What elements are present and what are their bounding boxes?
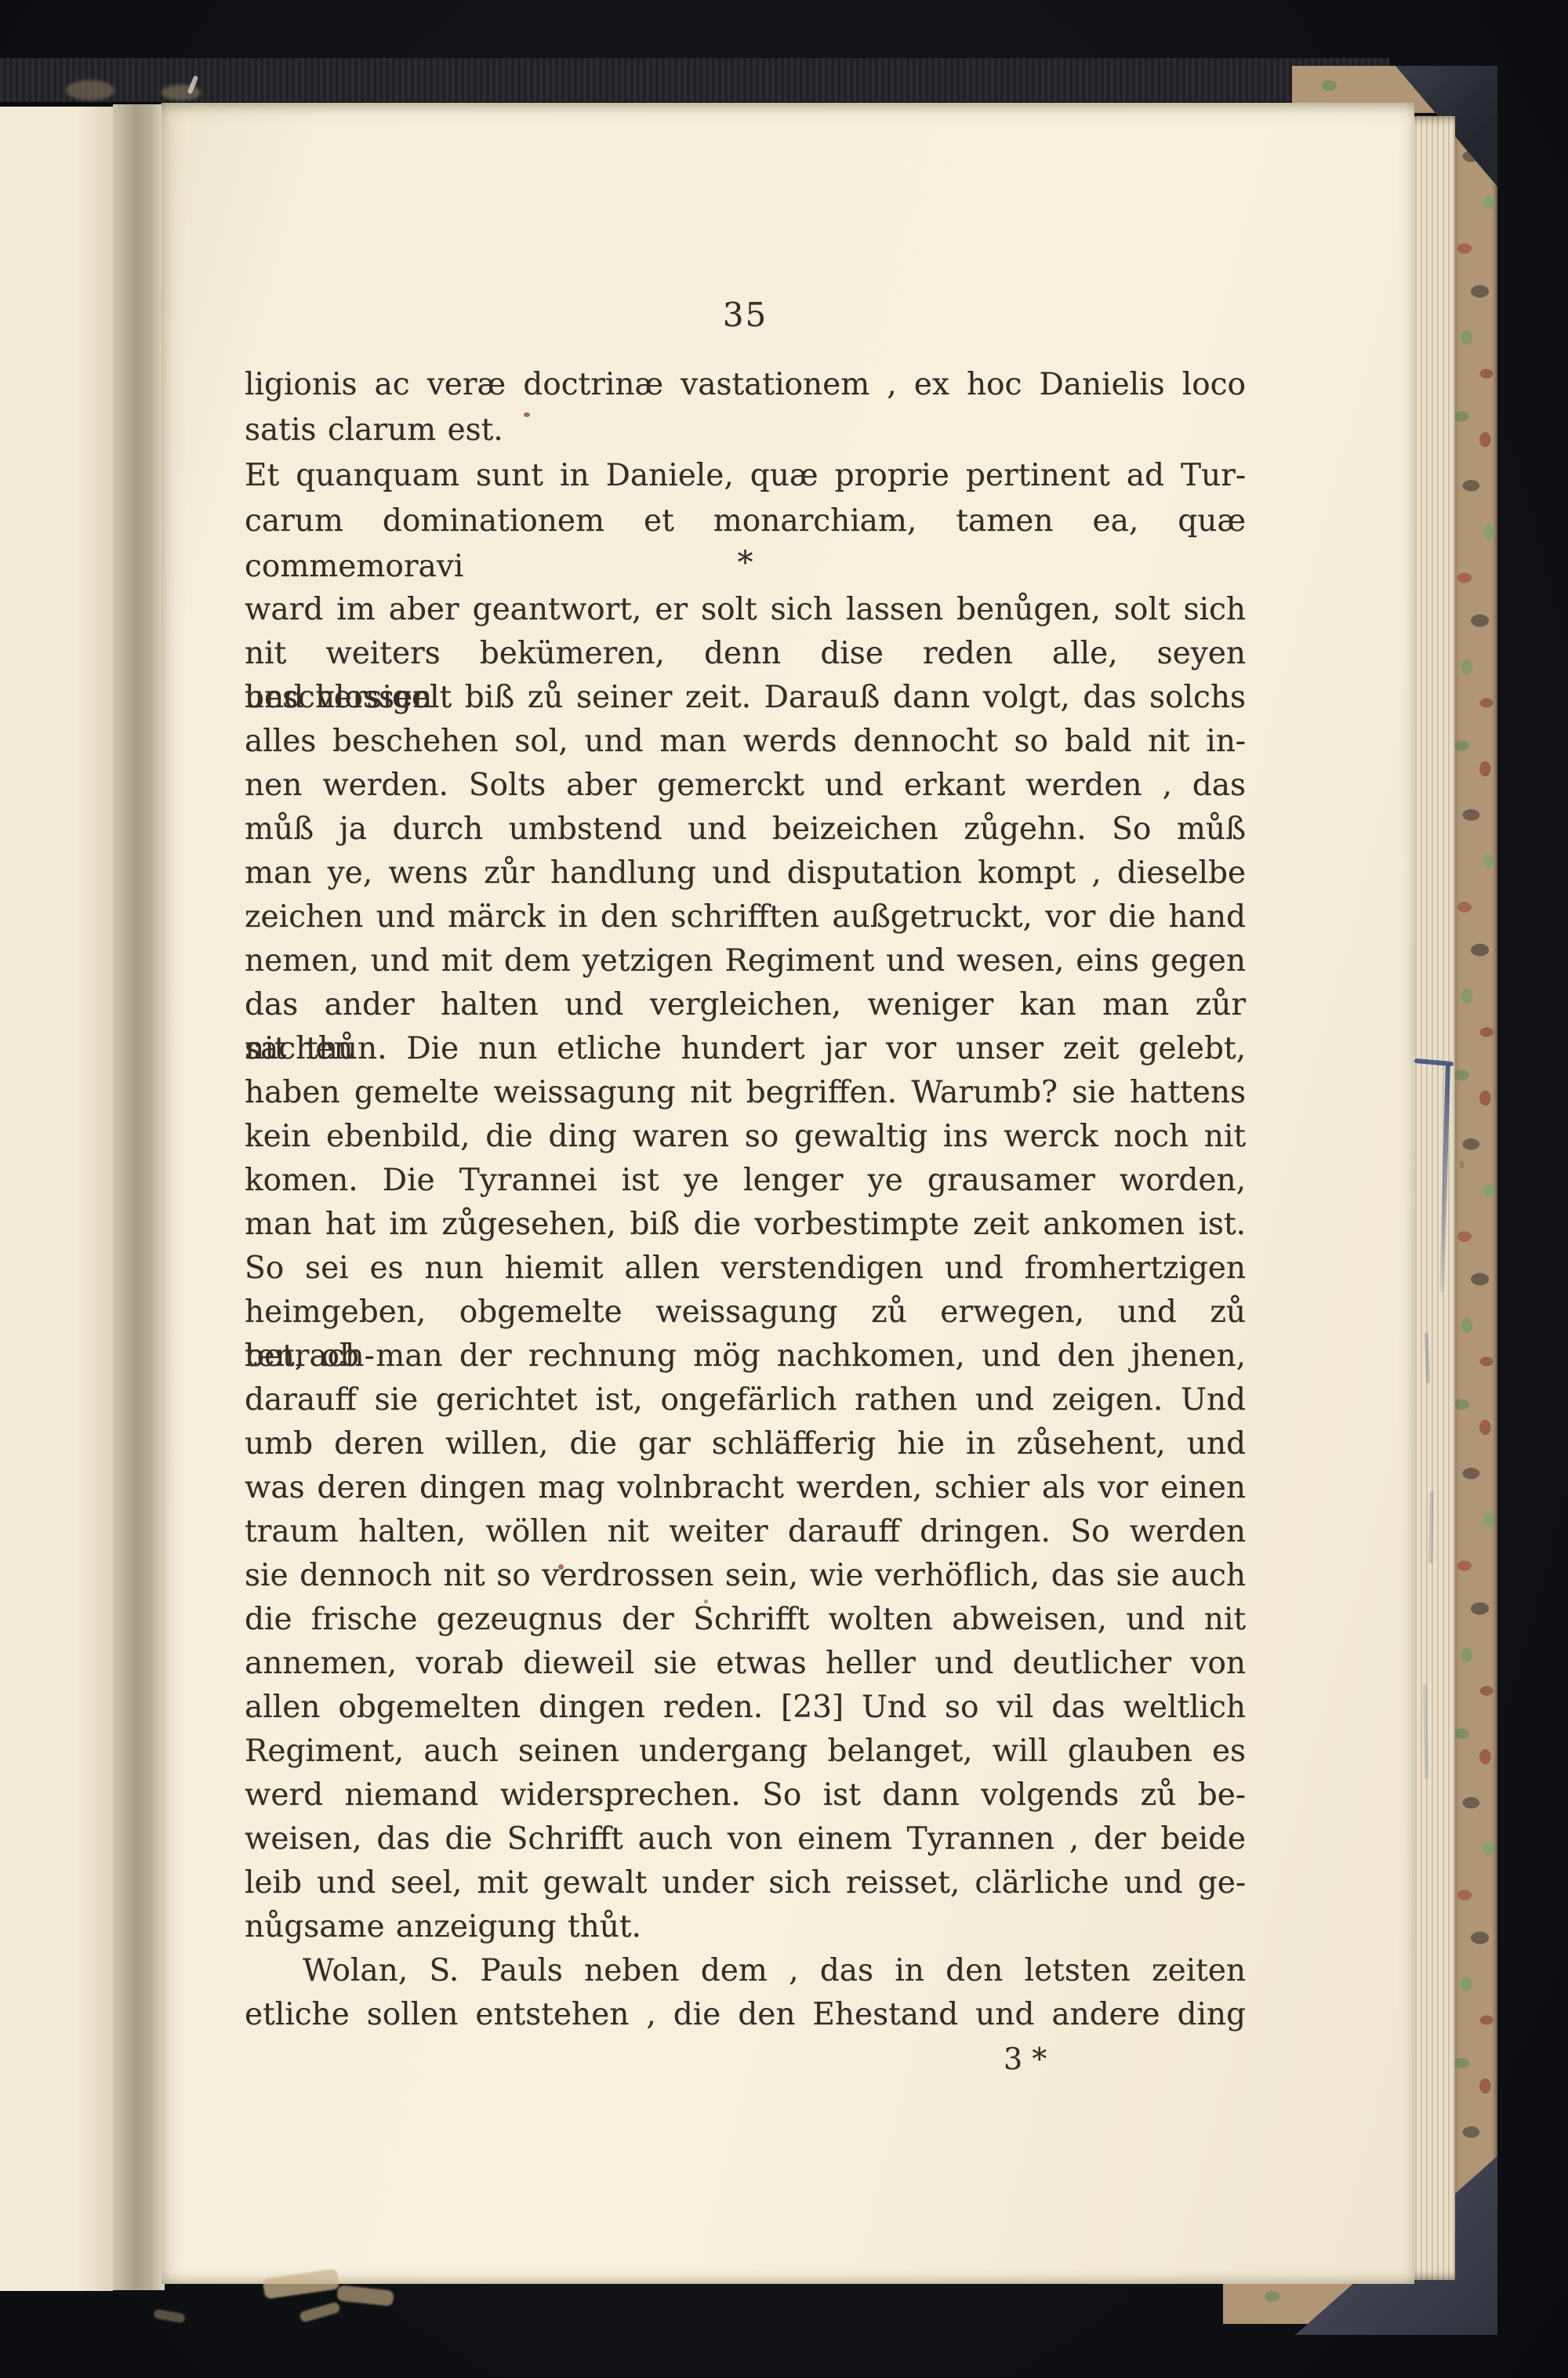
text-line: ward im aber geantwort, er solt sich las… (245, 588, 1246, 632)
german-text: ward im aber geantwort, er solt sich las… (245, 588, 1246, 2037)
paper-speck (558, 1564, 564, 1570)
frayed-thread (336, 2285, 394, 2306)
gutter-shadow (113, 104, 165, 2290)
text-line: kein ebenbild, die ding waren so gewalti… (245, 1115, 1246, 1159)
book-scan: 35 ligionis ac veræ doctrinæ vastationem… (0, 0, 1568, 2378)
text-line: man ye, wens zůr handlung und disputatio… (245, 851, 1246, 895)
text-line: etliche sollen entstehen , die den Ehest… (245, 1993, 1246, 2037)
binding-cloth-edge (0, 58, 1389, 105)
text-line: ten, ob man der rechnung mög nachkomen, … (245, 1334, 1246, 1378)
text-line: das ander halten und vergleichen, wenige… (245, 983, 1246, 1027)
text-line: So sei es nun hiemit allen verstendigen … (245, 1247, 1246, 1291)
text-line: Regiment, auch seinen undergang belanget… (245, 1730, 1246, 1774)
text-line: nit thůn. Die nun etliche hundert jar vo… (245, 1027, 1246, 1071)
text-line: allen obgemelten dingen reden. [23] Und … (245, 1686, 1246, 1730)
text-line: alles beschehen sol, und man werds denno… (245, 720, 1246, 764)
text-line: weisen, das die Schrifft auch von einem … (245, 1817, 1246, 1861)
text-line: nen werden. Solts aber gemerckt und erka… (245, 764, 1246, 808)
facing-page-edge (0, 107, 113, 2291)
paper-speck (704, 1599, 708, 1603)
frayed-thread (299, 2301, 341, 2323)
text-line: annemen, vorab dieweil sie etwas heller … (245, 1642, 1246, 1686)
cover-marbled-edge (1454, 67, 1497, 2319)
text-line: man hat im zůgesehen, biß die vorbestimp… (245, 1203, 1246, 1247)
text-line: nit weiters bekümeren, denn dise reden a… (245, 632, 1246, 676)
text-line: und versigelt biß zů seiner zeit. Darauß… (245, 676, 1246, 720)
text-line: ligionis ac veræ doctrinæ vastationem , … (245, 362, 1246, 408)
text-line: haben gemelte weissagung nit begriffen. … (245, 1071, 1246, 1115)
frayed-thread (153, 2309, 185, 2324)
text-line: Wolan, S. Pauls neben dem , das in den l… (245, 1949, 1246, 1993)
text-line: nůgsame anzeigung thůt. (245, 1905, 1246, 1949)
text-line: Et quanquam sunt in Daniele, quæ proprie… (245, 453, 1246, 499)
text-line: nemen, und mit dem yetzigen Regiment und… (245, 939, 1246, 983)
text-block: 35 ligionis ac veræ doctrinæ vastationem… (245, 296, 1246, 2081)
paper-speck (1460, 1161, 1464, 1168)
text-line: leib und seel, mit gewalt under sich rei… (245, 1861, 1246, 1905)
text-line: zeichen und märck in den schrifften außg… (245, 895, 1246, 939)
text-line: werd niemand widersprechen. So ist dann … (245, 1774, 1246, 1817)
text-line: komen. Die Tyrannei ist ye lenger ye gra… (245, 1159, 1246, 1203)
cloth-fray (66, 80, 114, 100)
page-number: 35 (245, 296, 1246, 334)
paper-speck (524, 412, 530, 417)
page-fore-edge (1411, 116, 1455, 2280)
latin-text: ligionis ac veræ doctrinæ vastationem , … (245, 362, 1246, 544)
text-line: die frische gezeugnus der Schrifft wolte… (245, 1598, 1246, 1642)
text-line: carum dominationem et monarchiam, tamen … (245, 499, 1246, 544)
book-page: 35 ligionis ac veræ doctrinæ vastationem… (162, 103, 1414, 2284)
text-line: heimgeben, obgemelte weissagung zů erweg… (245, 1291, 1246, 1334)
text-line: umb deren willen, die gar schläfferig hi… (245, 1422, 1246, 1466)
cloth-fray (162, 85, 201, 100)
text-line: was deren dingen mag volnbracht werden, … (245, 1466, 1246, 1510)
text-line: satis clarum est. (245, 408, 1246, 453)
text-line: můß ja durch umbstend und beizeichen zůg… (245, 808, 1246, 851)
text-line: darauff sie gerichtet ist, ongefärlich r… (245, 1378, 1246, 1422)
signature-mark: 3 * (245, 2037, 1246, 2081)
text-line: traum halten, wöllen nit weiter darauff … (245, 1510, 1246, 1554)
text-line: sie dennoch nit so verdrossen sein, wie … (245, 1554, 1246, 1598)
